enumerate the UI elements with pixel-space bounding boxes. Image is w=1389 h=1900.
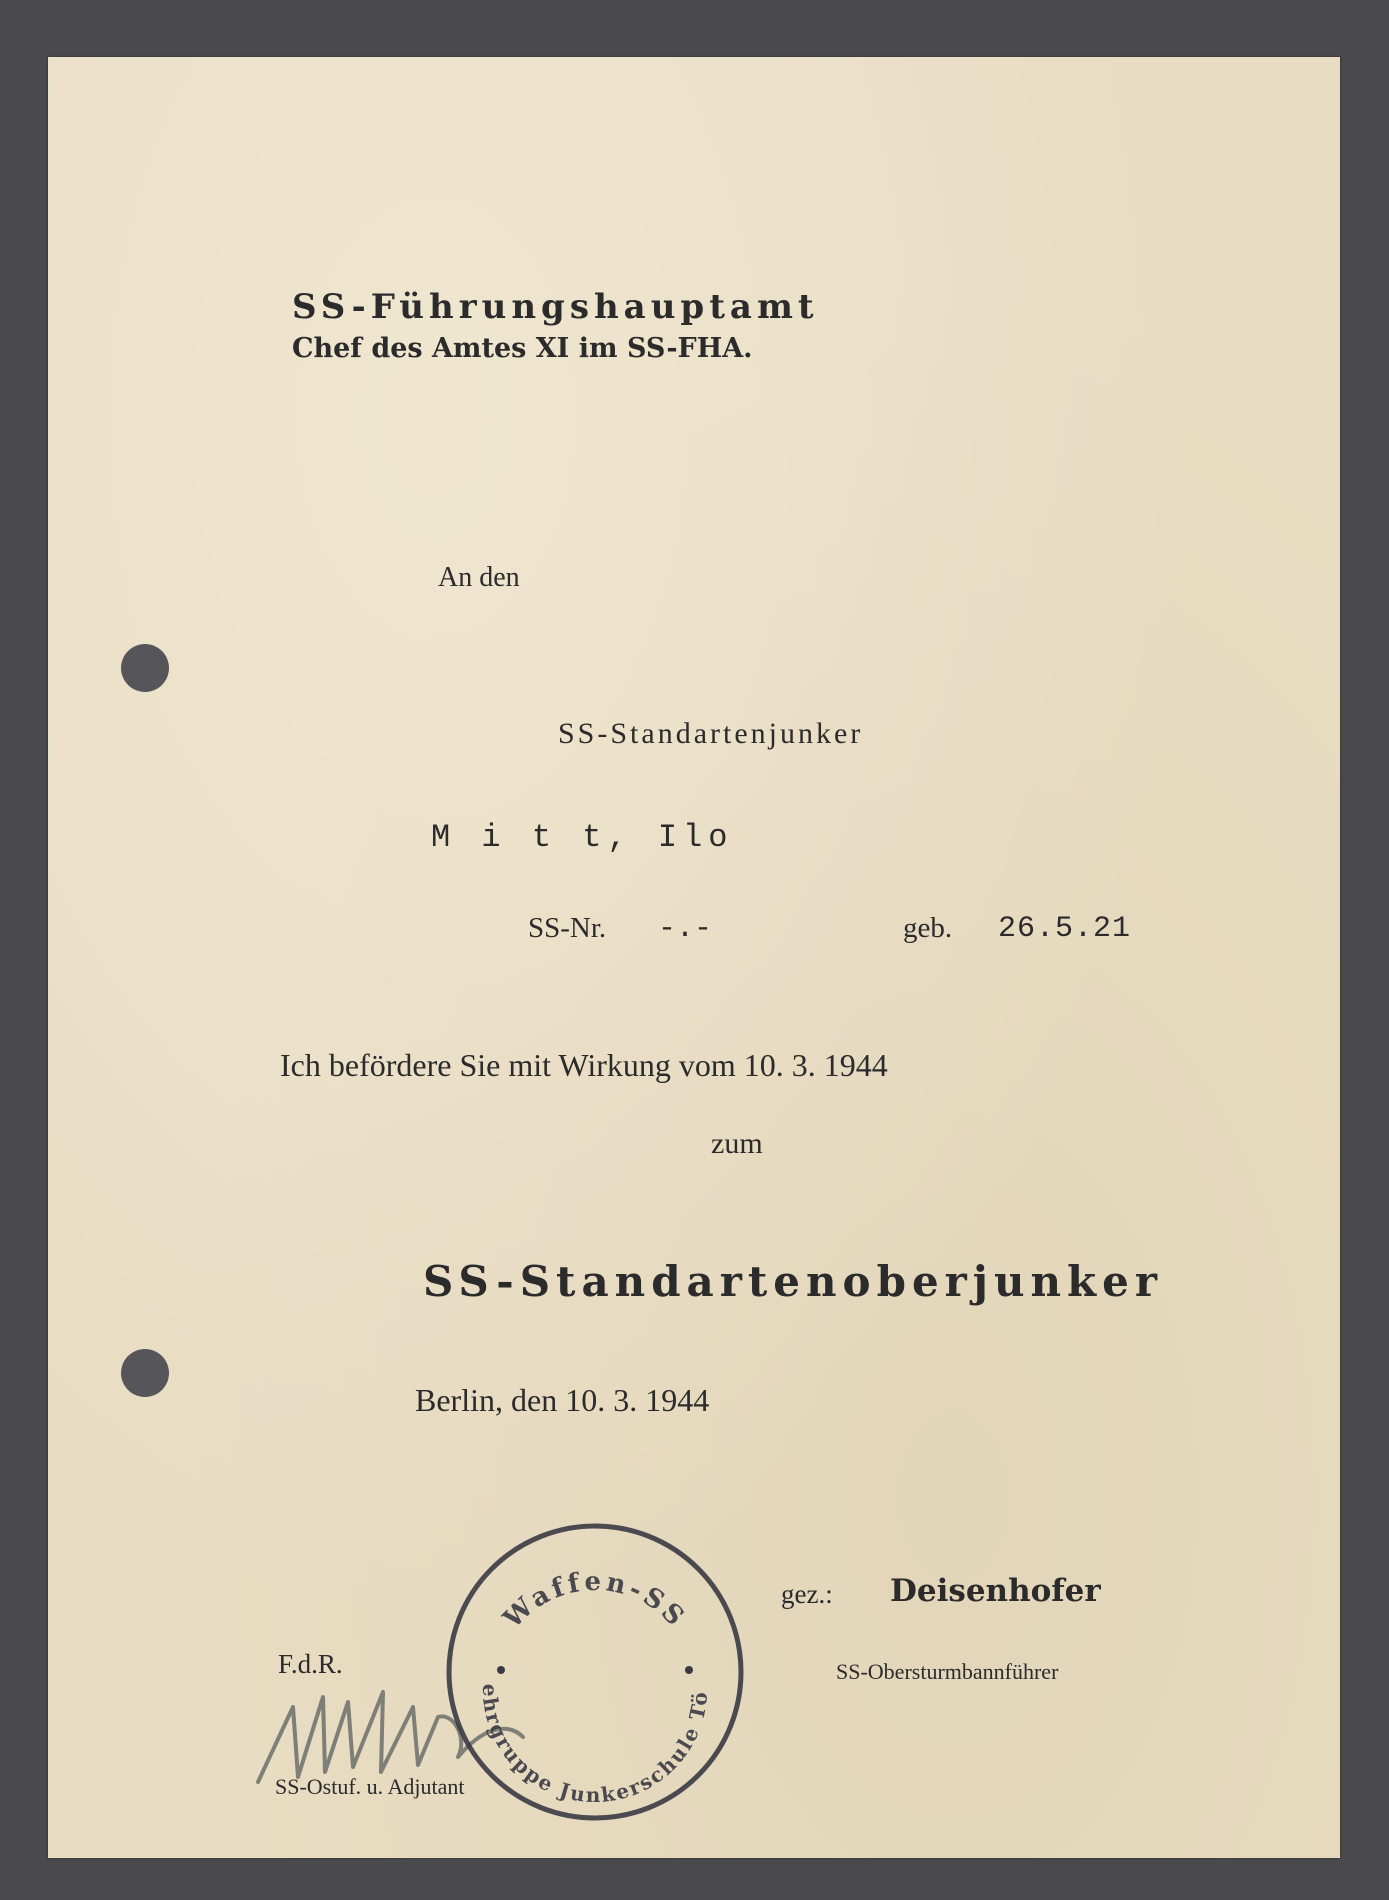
- svg-text:Waffen-SS: Waffen-SS: [497, 1567, 692, 1635]
- promotion-statement: Ich befördere Sie mit Wirkung vom 10. 3.…: [280, 1047, 888, 1084]
- punch-hole-upper: [121, 644, 169, 692]
- promotion-connector: zum: [711, 1127, 763, 1161]
- current-rank: SS-Standartenjunker: [558, 717, 863, 751]
- letterhead-office: SS-Führungshauptamt: [292, 287, 819, 327]
- place-and-date: Berlin, den 10. 3. 1944: [415, 1382, 709, 1419]
- certification-label: F.d.R.: [278, 1649, 343, 1680]
- signer-name: Deisenhofer: [890, 1573, 1101, 1609]
- addressee-intro: An den: [438, 562, 520, 594]
- letterhead-department: Chef des Amtes XI im SS-FHA.: [292, 333, 753, 364]
- stamp-top-text: Waffen-SS: [497, 1567, 692, 1635]
- service-number-label: SS-Nr.: [528, 912, 606, 945]
- signed-label: gez.:: [781, 1579, 833, 1610]
- new-rank: SS-Standartenoberjunker: [423, 1257, 1163, 1306]
- punch-hole-lower: [121, 1349, 169, 1397]
- service-number-value: -.-: [658, 912, 712, 946]
- birth-date-value: 26.5.21: [998, 912, 1131, 946]
- document-page: SS-Führungshauptamt Chef des Amtes XI im…: [48, 57, 1340, 1858]
- birth-date-label: geb.: [903, 912, 952, 945]
- official-stamp: Waffen-SS Lehrgruppe Junkerschule Tölz: [443, 1520, 747, 1824]
- signer-rank: SS-Obersturmbannführer: [836, 1659, 1058, 1685]
- recipient-name: M i t t, Ilo: [431, 819, 733, 856]
